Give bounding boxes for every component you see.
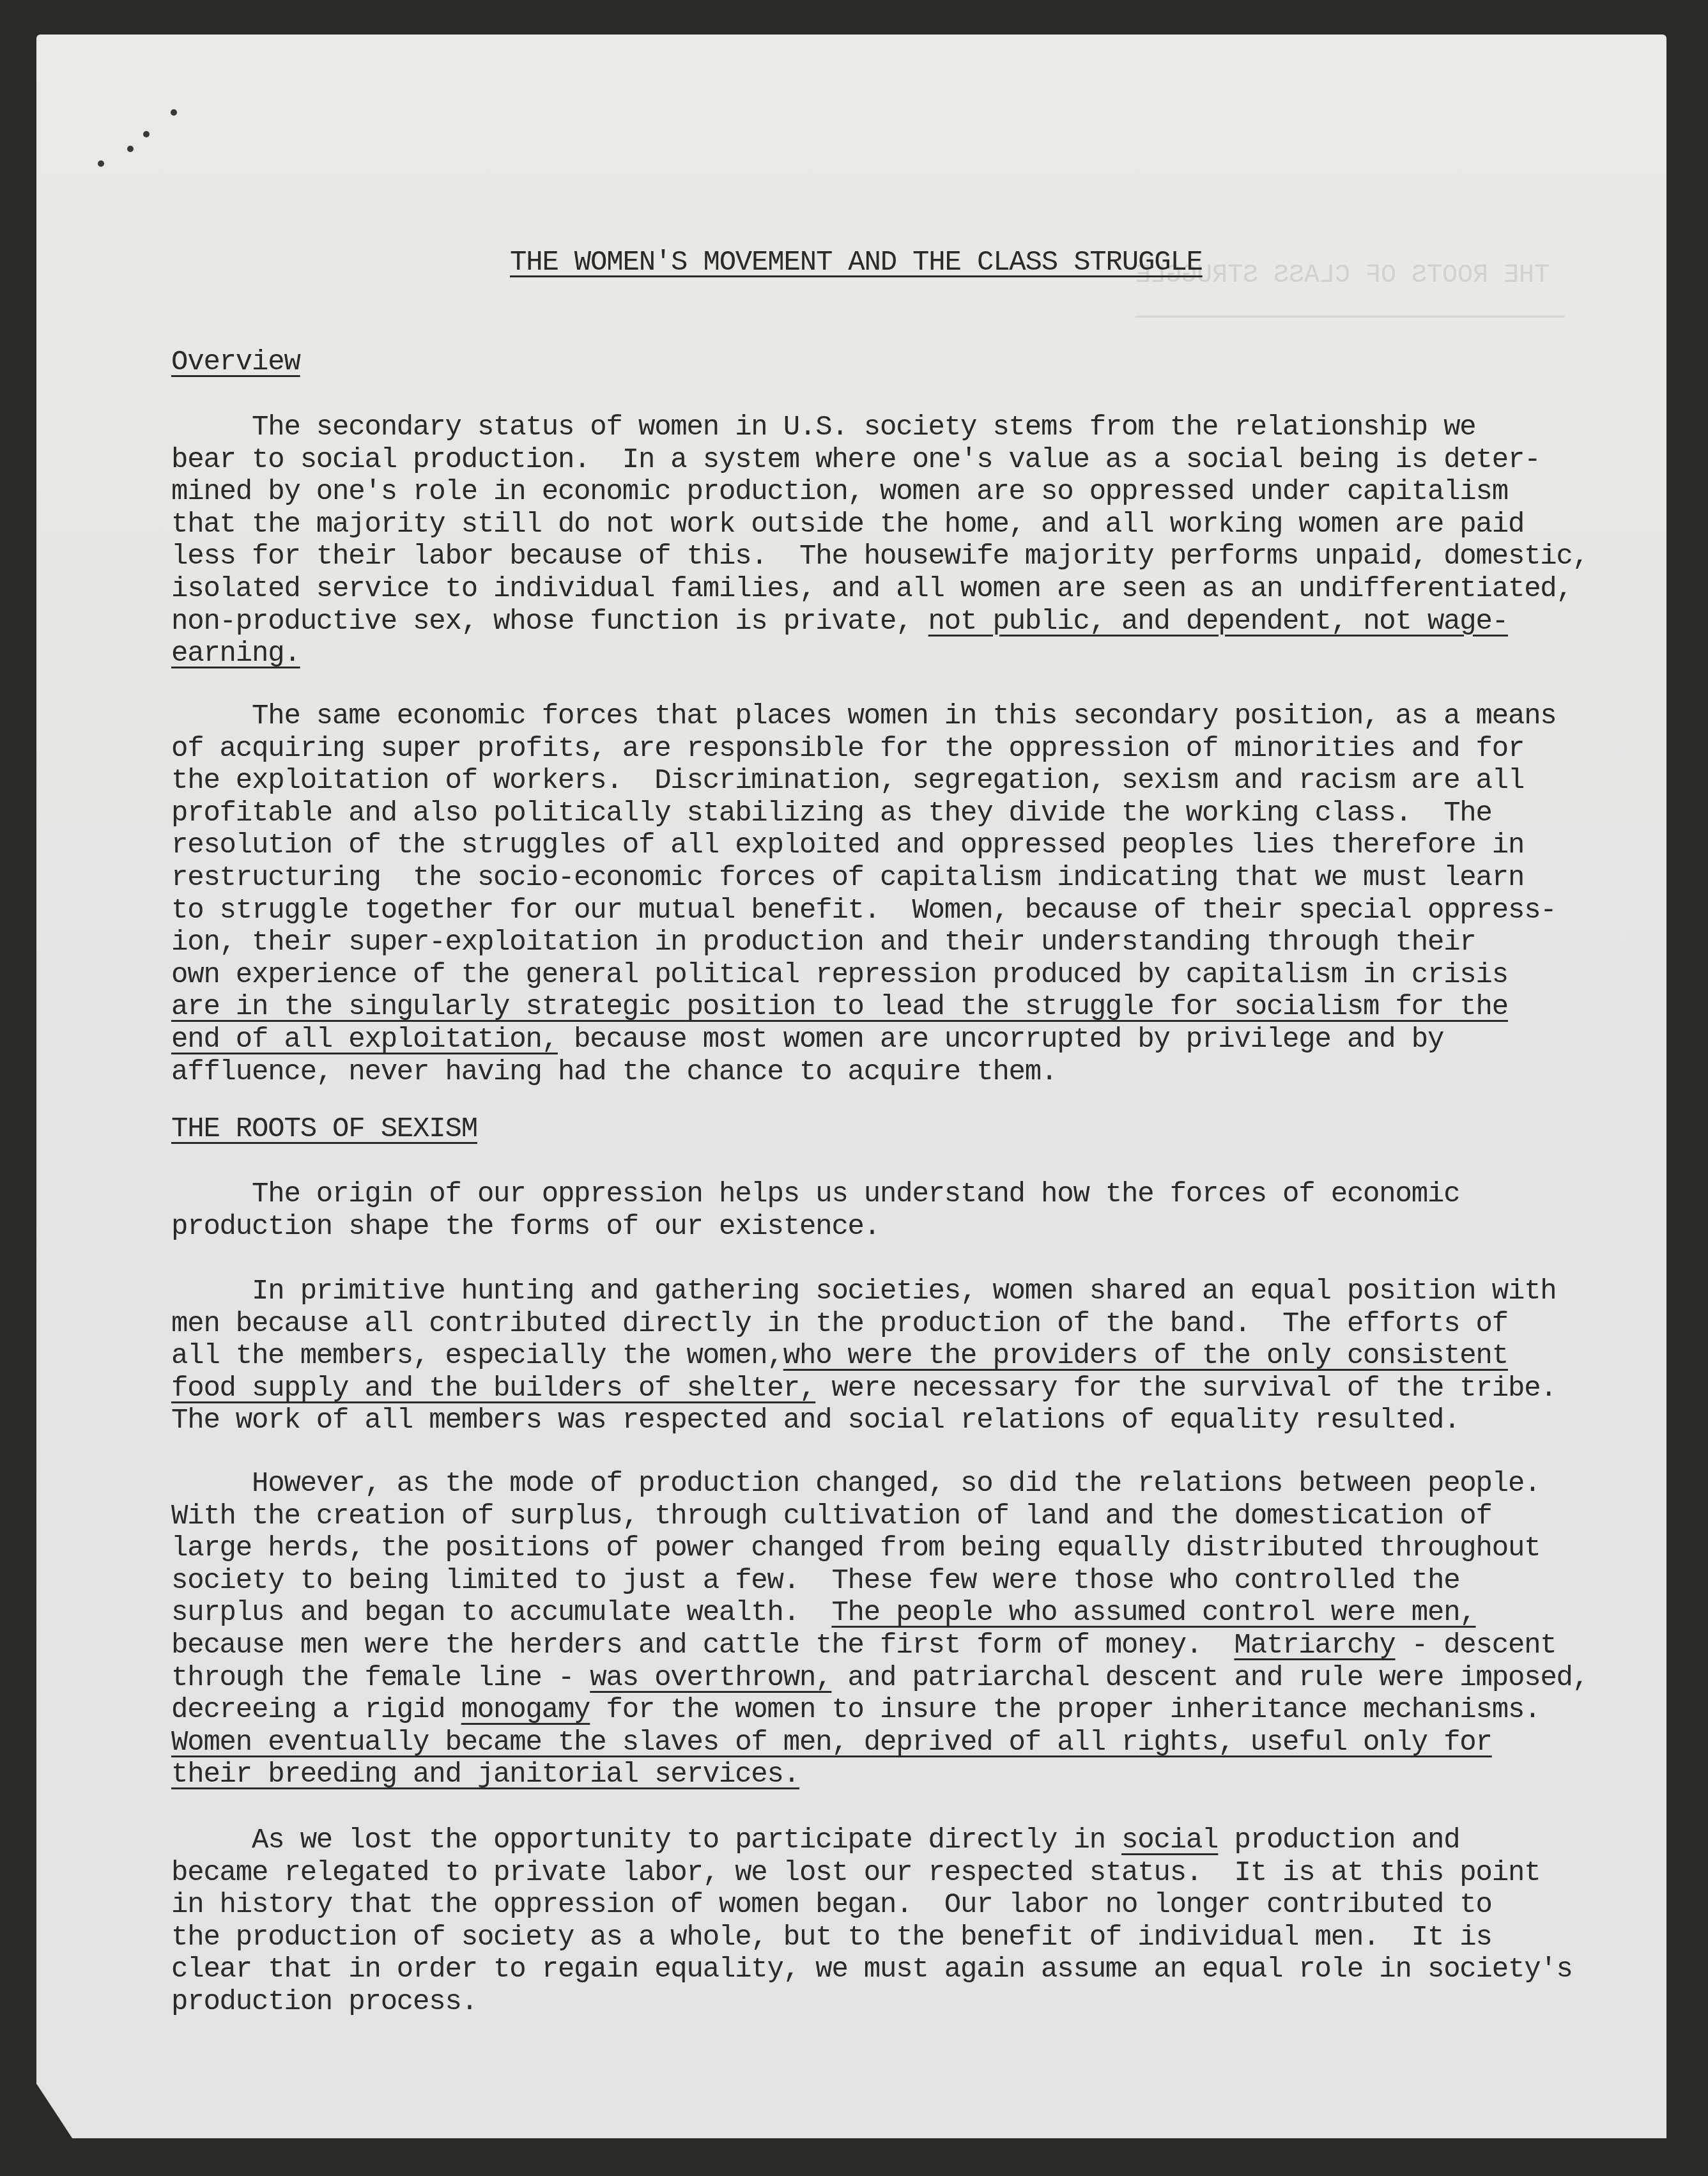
paragraph-line: The origin of our oppression helps us un… xyxy=(171,1178,1459,1210)
paragraph-line: men because all contributed directly in … xyxy=(171,1308,1508,1340)
paragraph-line: the exploitation of workers. Discriminat… xyxy=(171,765,1524,797)
paragraph-line: resolution of the struggles of all explo… xyxy=(171,830,1524,861)
underlined-emphasis: The people who assumed control were men, xyxy=(831,1597,1475,1629)
paragraph-line: decreeing a rigid monogamy for the women… xyxy=(171,1694,1540,1726)
paragraph-line: With the creation of surplus, through cu… xyxy=(171,1501,1492,1532)
paragraph-line: less for their labor because of this. Th… xyxy=(171,541,1589,573)
paragraph-line: end of all exploitation, because most wo… xyxy=(171,1024,1443,1056)
underlined-emphasis: end of all exploitation, xyxy=(171,1024,558,1056)
paragraph-line: production process. xyxy=(171,1986,477,2018)
paragraph-line: society to being limited to just a few. … xyxy=(171,1565,1459,1597)
section-heading: THE ROOTS OF SEXISM xyxy=(171,1113,477,1145)
section-heading: Overview xyxy=(171,346,300,378)
punch-hole-mark xyxy=(171,109,177,116)
underlined-emphasis: are in the singularly strategic position… xyxy=(171,991,1508,1023)
paragraph-line: became relegated to private labor, we lo… xyxy=(171,1857,1540,1889)
paragraph-line: The secondary status of women in U.S. so… xyxy=(171,412,1476,444)
underlined-emphasis: social xyxy=(1121,1825,1218,1856)
section-heading-text: Overview xyxy=(171,346,300,378)
paragraph-line: bear to social production. In a system w… xyxy=(171,444,1540,476)
paragraph-line: through the female line - was overthrown… xyxy=(171,1662,1589,1694)
paragraph-line: In primitive hunting and gathering socie… xyxy=(171,1276,1557,1308)
paragraph-line: to struggle together for our mutual bene… xyxy=(171,895,1557,927)
underlined-emphasis: Women eventually became the slaves of me… xyxy=(171,1727,1492,1759)
paragraph-line: that the majority still do not work outs… xyxy=(171,509,1524,541)
underlined-emphasis: food supply and the builders of shelter, xyxy=(171,1373,815,1405)
paragraph-line: mined by one's role in economic producti… xyxy=(171,476,1508,508)
document-page: THE ROOTS OF CLASS STRUGGLE THE WOMEN'S … xyxy=(36,35,1666,2138)
paragraph-line: in history that the oppression of women … xyxy=(171,1889,1492,1921)
paragraph-line: non-productive sex, whose function is pr… xyxy=(171,606,1508,638)
bleed-through-rule xyxy=(1135,316,1565,318)
paragraph-line: surplus and began to accumulate wealth. … xyxy=(171,1597,1476,1629)
paragraph-line: clear that in order to regain equality, … xyxy=(171,1954,1573,1986)
paragraph-line: earning. xyxy=(171,638,300,670)
paragraph-line: own experience of the general political … xyxy=(171,959,1508,991)
underlined-emphasis: their breeding and janitorial services. xyxy=(171,1759,799,1791)
paragraph-line: because men were the herders and cattle … xyxy=(171,1630,1557,1662)
underlined-emphasis: not public, and dependent, not wage- xyxy=(928,606,1508,638)
document-title: THE WOMEN'S MOVEMENT AND THE CLASS STRUG… xyxy=(510,247,1203,279)
paragraph-line: production shape the forms of our existe… xyxy=(171,1211,880,1243)
paragraph-line: their breeding and janitorial services. xyxy=(171,1759,799,1791)
paragraph-line: Women eventually became the slaves of me… xyxy=(171,1727,1492,1759)
paragraph-line: large herds, the positions of power chan… xyxy=(171,1532,1540,1564)
punch-hole-mark xyxy=(143,131,150,137)
paragraph-line: are in the singularly strategic position… xyxy=(171,991,1508,1023)
underlined-emphasis: earning. xyxy=(171,638,300,670)
underlined-emphasis: Matriarchy xyxy=(1234,1630,1395,1662)
document-title-text: THE WOMEN'S MOVEMENT AND THE CLASS STRUG… xyxy=(510,247,1203,279)
underlined-emphasis: who were the providers of the only consi… xyxy=(783,1340,1508,1372)
underlined-emphasis: was overthrown, xyxy=(590,1662,831,1694)
section-heading-text: THE ROOTS OF SEXISM xyxy=(171,1113,477,1145)
paragraph-line: As we lost the opportunity to participat… xyxy=(171,1825,1459,1856)
paragraph-line: ion, their super-exploitation in product… xyxy=(171,927,1476,959)
underlined-emphasis: monogamy xyxy=(461,1694,590,1726)
punch-hole-mark xyxy=(127,146,134,152)
paragraph-line: profitable and also politically stabiliz… xyxy=(171,798,1492,830)
punch-hole-mark xyxy=(98,160,104,167)
paragraph-line: The work of all members was respected an… xyxy=(171,1405,1459,1437)
paragraph-line: all the members, especially the women,wh… xyxy=(171,1340,1508,1372)
paragraph-line: affluence, never having had the chance t… xyxy=(171,1056,1057,1088)
paragraph-line: the production of society as a whole, bu… xyxy=(171,1922,1492,1954)
paragraph-line: food supply and the builders of shelter,… xyxy=(171,1373,1557,1405)
paragraph-line: of acquiring super profits, are responsi… xyxy=(171,733,1524,765)
paragraph-line: isolated service to individual families,… xyxy=(171,573,1573,605)
paragraph-line: restructuring the socio-economic forces … xyxy=(171,862,1524,894)
paragraph-line: However, as the mode of production chang… xyxy=(171,1468,1540,1500)
paragraph-line: The same economic forces that places wom… xyxy=(171,700,1557,732)
